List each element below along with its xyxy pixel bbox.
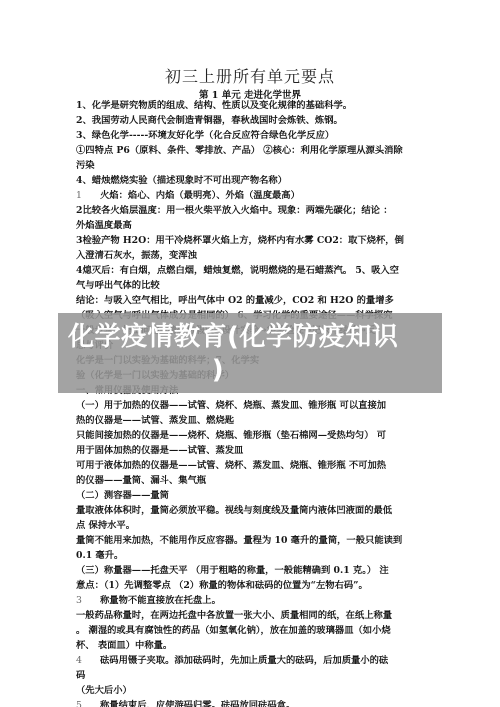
text-line: 1、化学是研究物质的组成、结构、性质以及变化规律的基础科学。 (76, 98, 428, 113)
line-text: ①四特点 P6（原料、条件、零排放、产品） ②核心：利用化学原理从源头消除 (76, 145, 403, 156)
text-line: 2比较各火焰层温度：用一根火柴平放入火焰中。现象：两端先碳化；结论 ： (76, 203, 428, 218)
text-line: 3称量物不能直接放在托盘上。 (76, 593, 428, 608)
line-text: 量取液体体积时，量筒必须放平稳。视线与刻度线及量筒内液体凹液面的最低 (76, 505, 392, 516)
page-number: 1 (0, 656, 500, 665)
text-line: 3、绿色化学-----环境友好化学（化合反应符合绿色化学反应） (76, 128, 428, 143)
line-text: （二）测容器——量筒 (76, 490, 169, 501)
line-text: 2比较各火焰层温度：用一根火柴平放入火焰中。现象：两端先碳化；结论 ： (76, 205, 393, 216)
text-line: 意点：（1）先调整零点 （2）称量的物体和砝码的位置为“左物右码”。 (76, 578, 428, 593)
document-page: 初三上册所有单元要点 第 1 单元 走进化学世界 1、化学是研究物质的组成、结构… (0, 0, 500, 707)
text-line: 3检验产物 H2O：用干冷烧杯罩火焰上方，烧杯内有水雾 CO2：取下烧杯，倒 (76, 233, 428, 248)
line-text: 杯、 表面皿）中称量。 (76, 640, 172, 651)
text-line: 量筒不能用来加热，不能用作反应容器。量程为 10 毫升的量筒，一般只能读到 (76, 533, 428, 548)
line-text: 热的仪器是——试管、蒸发皿、燃烧匙 (76, 415, 234, 426)
line-text: 。 潮湿的或具有腐蚀性的药品（如氢氧化钠），放在加盖的玻璃器皿（如小烧 (76, 625, 391, 636)
line-text: 只能间接加热的仪器是——烧杯、烧瓶、锥形瓶（垫石棉网—受热均匀） 可 (76, 430, 386, 441)
text-line: 码 (76, 668, 428, 683)
line-text: 结论：与吸入空气相比，呼出气体中 O2 的量减少，CO2 和 H2O 的量增多 (76, 295, 394, 306)
line-text: 火焰：焰心、内焰（最明亮）、外焰（温度最高） (100, 190, 300, 201)
line-text: 3检验产物 H2O：用干冷烧杯罩火焰上方，烧杯内有水雾 CO2：取下烧杯，倒 (76, 235, 404, 246)
text-line: 用于固体加热的仪器是——试管、蒸发皿 (76, 443, 428, 458)
text-line: 污染 (76, 158, 428, 173)
line-text: 气与呼出气体的比较 (76, 280, 160, 291)
list-number: 3 (76, 593, 100, 608)
line-text: 称量物不能直接放在托盘上。 (100, 595, 221, 606)
text-line: 点 保持水平。 (76, 518, 428, 533)
text-line: 外焰温度最高 (76, 218, 428, 233)
document-title: 初三上册所有单元要点 (0, 64, 500, 87)
text-line: 入澄清石灰水，振荡，变浑浊 (76, 248, 428, 263)
line-text: 污染 (76, 160, 95, 171)
text-line: ①四特点 P6（原料、条件、零排放、产品） ②核心：利用化学原理从源头消除 (76, 143, 428, 158)
text-line: 2、我国劳动人民商代会制造青铜器，春秋战国时会炼铁、炼钢。 (76, 113, 428, 128)
text-line: 热的仪器是——试管、蒸发皿、燃烧匙 (76, 413, 428, 428)
text-line: 。 潮湿的或具有腐蚀性的药品（如氢氧化钠），放在加盖的玻璃器皿（如小烧 (76, 623, 428, 638)
line-text: （先大后小） (76, 685, 132, 696)
line-text: 量筒不能用来加热，不能用作反应容器。量程为 10 毫升的量筒，一般只能读到 (76, 535, 402, 546)
line-text: 4、蜡烛燃烧实验（描述现象时不可出现产物名称） (76, 175, 287, 186)
text-line: 量取液体体积时，量筒必须放平稳。视线与刻度线及量筒内液体凹液面的最低 (76, 503, 428, 518)
list-number: 1 (76, 188, 100, 203)
text-line: （先大后小） (76, 683, 428, 698)
banner-title-line1: 化学疫情教育(化学防疫知识 (68, 322, 398, 352)
text-line: 4熄灭后：有白烟，点燃白烟，蜡烛复燃，说明燃烧的是石蜡蒸汽。 5、吸入空 (76, 263, 428, 278)
line-text: 4熄灭后：有白烟，点燃白烟，蜡烛复燃，说明燃烧的是石蜡蒸汽。 5、吸入空 (76, 265, 399, 276)
line-text: 2、我国劳动人民商代会制造青铜器，春秋战国时会炼铁、炼钢。 (76, 115, 343, 126)
text-line: 5称量结束后，应使游码归零。砝码放回砝码盒。 (76, 698, 428, 707)
line-text: 入澄清石灰水，振荡，变浑浊 (76, 250, 197, 261)
text-line: 1火焰：焰心、内焰（最明亮）、外焰（温度最高） (76, 188, 428, 203)
text-line: （三）称量器——托盘天平 （用于粗略的称量，一般能精确到 0.1 克。） 注 (76, 563, 428, 578)
text-line: 的仪器——量筒、漏斗、集气瓶 (76, 473, 428, 488)
list-number: 5 (76, 698, 100, 707)
line-text: 外焰温度最高 (76, 220, 132, 231)
text-line: （二）测容器——量筒 (76, 488, 428, 503)
text-line: 0.1 毫升。 (76, 548, 428, 563)
banner-title[interactable]: 化学疫情教育(化学防疫知识 ) (68, 319, 448, 385)
line-text: 1、化学是研究物质的组成、结构、性质以及变化规律的基础科学。 (76, 100, 352, 111)
line-text: 3、绿色化学-----环境友好化学（化合反应符合绿色化学反应） (76, 130, 334, 141)
text-line: （一）用于加热的仪器——试管、烧杯、烧瓶、蒸发皿、锥形瓶 可以直接加 (76, 398, 428, 413)
line-text: 码 (76, 670, 85, 681)
line-text: 点 保持水平。 (76, 520, 135, 531)
banner-title-line2: ) (68, 355, 368, 385)
line-text: 意点：（1）先调整零点 （2）称量的物体和砝码的位置为“左物右码”。 (76, 580, 368, 591)
text-line: 气与呼出气体的比较 (76, 278, 428, 293)
line-text: （三）称量器——托盘天平 （用于粗略的称量，一般能精确到 0.1 克。） 注 (76, 565, 389, 576)
text-line: 结论：与吸入空气相比，呼出气体中 O2 的量减少，CO2 和 H2O 的量增多 (76, 293, 428, 308)
line-text: 一般药品称量时，在两边托盘中各放置一张大小、质量相同的纸，在纸上称量 (76, 610, 392, 621)
text-line: 杯、 表面皿）中称量。 (76, 638, 428, 653)
line-text: 称量结束后，应使游码归零。砝码放回砝码盒。 (100, 700, 295, 707)
line-text: 的仪器——量筒、漏斗、集气瓶 (76, 475, 206, 486)
text-line: 只能间接加热的仪器是——烧杯、烧瓶、锥形瓶（垫石棉网—受热均匀） 可 (76, 428, 428, 443)
document-body: 1、化学是研究物质的组成、结构、性质以及变化规律的基础科学。2、我国劳动人民商代… (76, 98, 428, 707)
text-line: 一般药品称量时，在两边托盘中各放置一张大小、质量相同的纸，在纸上称量 (76, 608, 428, 623)
text-line: 4、蜡烛燃烧实验（描述现象时不可出现产物名称） (76, 173, 428, 188)
line-text: 0.1 毫升。 (76, 550, 123, 561)
text-line: 可用于液体加热的仪器是——试管、烧杯、蒸发皿、烧瓶、锥形瓶 不可加热 (76, 458, 428, 473)
line-text: 用于固体加热的仪器是——试管、蒸发皿 (76, 445, 243, 456)
line-text: （一）用于加热的仪器——试管、烧杯、烧瓶、蒸发皿、锥形瓶 可以直接加 (76, 400, 386, 411)
line-text: 可用于液体加热的仪器是——试管、烧杯、蒸发皿、烧瓶、锥形瓶 不可加热 (76, 460, 386, 471)
